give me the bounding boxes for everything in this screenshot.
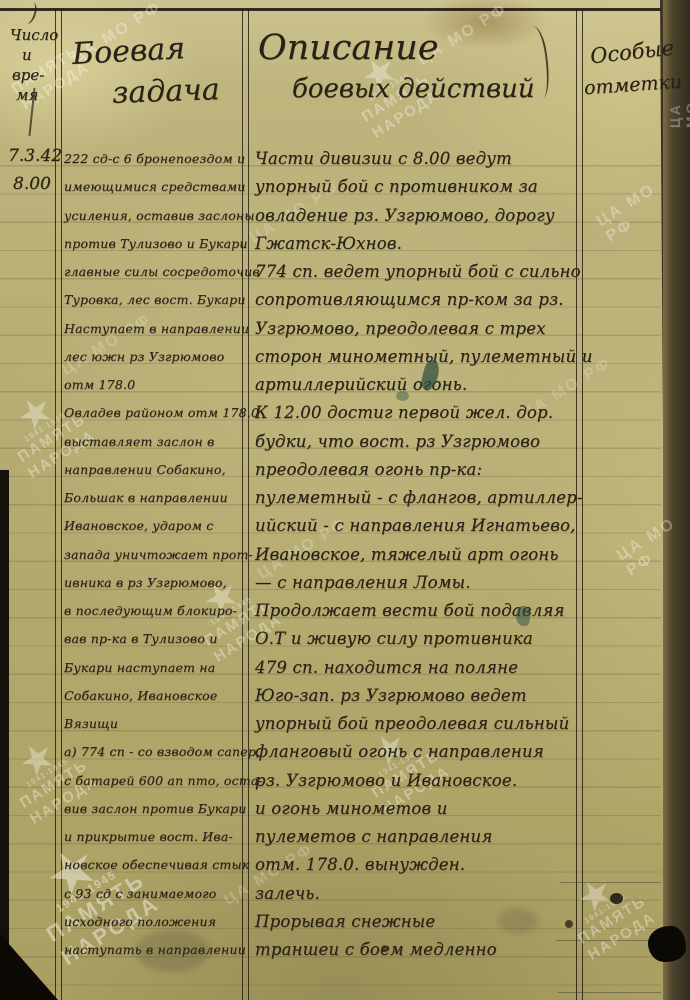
handwritten-line: — с направления Ломы. <box>255 569 593 597</box>
ink-blot <box>396 391 409 401</box>
handwritten-line: с 93 сд с занимаемого <box>64 880 263 908</box>
handwritten-line: пулеметов с направления <box>255 823 593 851</box>
handwritten-line: Гжатск-Юхнов. <box>255 230 593 258</box>
handwritten-line: направлении Собакино, <box>64 456 263 484</box>
datetime-header-line: Число <box>10 26 58 44</box>
combat-task-column: 222 сд-с 6 бронепоездом иимеющимися сред… <box>64 145 263 964</box>
paper-hole <box>648 926 686 962</box>
task-header-line: задача <box>111 72 220 111</box>
handwritten-line: имеющимися средствами <box>64 173 263 201</box>
handwritten-line: Туровка, лес вост. Букари <box>64 286 263 314</box>
handwritten-line: залечь. <box>255 880 593 908</box>
handwritten-line: и огонь минометов и <box>255 795 593 823</box>
handwritten-line: в последующим блокиро- <box>64 597 263 625</box>
handwritten-line: сопротивляющимся пр-ком за рз. <box>255 286 593 314</box>
handwritten-line: 222 сд-с 6 бронепоездом и <box>64 145 263 173</box>
combat-description-column: Части дивизии с 8.00 ведутупорный бой с … <box>255 145 593 964</box>
handwritten-line: отм 178.0 <box>64 371 263 399</box>
handwritten-line: упорный бой с противником за <box>255 173 593 201</box>
handwritten-line: Ивановское, ударом с <box>64 512 263 540</box>
handwritten-line: Узгрюмово, преодолевая с трех <box>255 315 593 343</box>
paper-smudge <box>135 930 210 972</box>
handwritten-line: вив заслон против Букари <box>64 795 263 823</box>
handwritten-line: Ивановское, тяжелый арт огонь <box>255 541 593 569</box>
handwritten-line: траншеи с боем медленно <box>255 936 593 964</box>
datetime-header-line: вре- <box>12 66 44 84</box>
handwritten-line: Собакино, Ивановское <box>64 682 263 710</box>
handwritten-line: усиления, оставив заслоны <box>64 202 263 230</box>
handwritten-line: упорный бой преодолевая сильный <box>255 710 593 738</box>
handwritten-line: 479 сп. находится на поляне <box>255 654 593 682</box>
handwritten-line: отм. 178.0. вынужден. <box>255 851 593 879</box>
task-header-line: Боевая <box>71 31 186 72</box>
handwritten-line: будки, что вост. рз Узгрюмово <box>255 428 593 456</box>
handwritten-line: Продолжает вести бой подавляя <box>255 597 593 625</box>
ink-blot <box>516 606 530 626</box>
entry-date: 7.3.42 <box>8 146 62 166</box>
handwritten-line: и прикрытие вост. Ива- <box>64 823 263 851</box>
handwritten-line: ивника в рз Узгрюмово, <box>64 569 263 597</box>
table-top-border <box>0 8 661 11</box>
paper-speck <box>381 945 388 952</box>
paper-smudge <box>498 908 538 934</box>
datetime-header-line: и <box>22 46 32 64</box>
handwritten-line: запада уничтожает прот- <box>64 541 263 569</box>
handwritten-line: с батарей 600 ап пто, оста- <box>64 767 263 795</box>
entry-time: 8.00 <box>13 174 51 194</box>
handwritten-line: рз. Узгрюмово и Ивановское. <box>255 767 593 795</box>
handwritten-line: Юго-зап. рз Узгрюмово ведет <box>255 682 593 710</box>
handwritten-line: Наступает в направлении <box>64 315 263 343</box>
rule-line <box>558 992 661 993</box>
handwritten-line: Букари наступает на <box>64 654 263 682</box>
handwritten-line: О.Т и живую силу противника <box>255 625 593 653</box>
handwritten-line: лес южн рз Узгрюмово <box>64 343 263 371</box>
handwritten-line: овладение рз. Узгрюмово, дорогу <box>255 202 593 230</box>
handwritten-line: вав пр-ка в Тулизово и <box>64 625 263 653</box>
description-header-line: боевых действий <box>292 74 535 104</box>
handwritten-line: ийский - с направления Игнатьево, <box>255 512 593 540</box>
handwritten-line: выставляет заслон в <box>64 428 263 456</box>
camo-watermark-vertical: ЦА МО РФ <box>667 100 690 128</box>
handwritten-line: а) 774 сп - со взводом сапер, <box>64 738 263 766</box>
handwritten-line: против Тулизово и Букари <box>64 230 263 258</box>
handwritten-line: Части дивизии с 8.00 ведут <box>255 145 593 173</box>
scanned-journal-page: ЦА МО РФ ЦА МО РФ ЦА МО РФ ЦА МО РФ ЦА М… <box>0 0 690 1000</box>
description-header-line: Описание <box>258 28 439 68</box>
handwritten-line: К 12.00 достиг первой жел. дор. <box>255 399 593 427</box>
paper-speck <box>565 920 573 928</box>
paper-speck <box>610 893 623 904</box>
handwritten-line: Большак в направлении <box>64 484 263 512</box>
handwritten-line: Вязищи <box>64 710 263 738</box>
handwritten-line: фланговый огонь с направления <box>255 738 593 766</box>
handwritten-line: главные силы сосредоточив <box>64 258 263 286</box>
handwritten-line: пулеметный - с флангов, артиллер- <box>255 484 593 512</box>
handwritten-line: новское обеспечивая стык <box>64 851 263 879</box>
handwritten-line: преодолевая огонь пр-ка: <box>255 456 593 484</box>
scan-right-edge <box>663 0 690 1000</box>
handwritten-line: Овладев районом отм 178.0 <box>64 399 263 427</box>
handwritten-line: Прорывая снежные <box>255 908 593 936</box>
handwritten-line: 774 сп. ведет упорный бой с сильно <box>255 258 593 286</box>
